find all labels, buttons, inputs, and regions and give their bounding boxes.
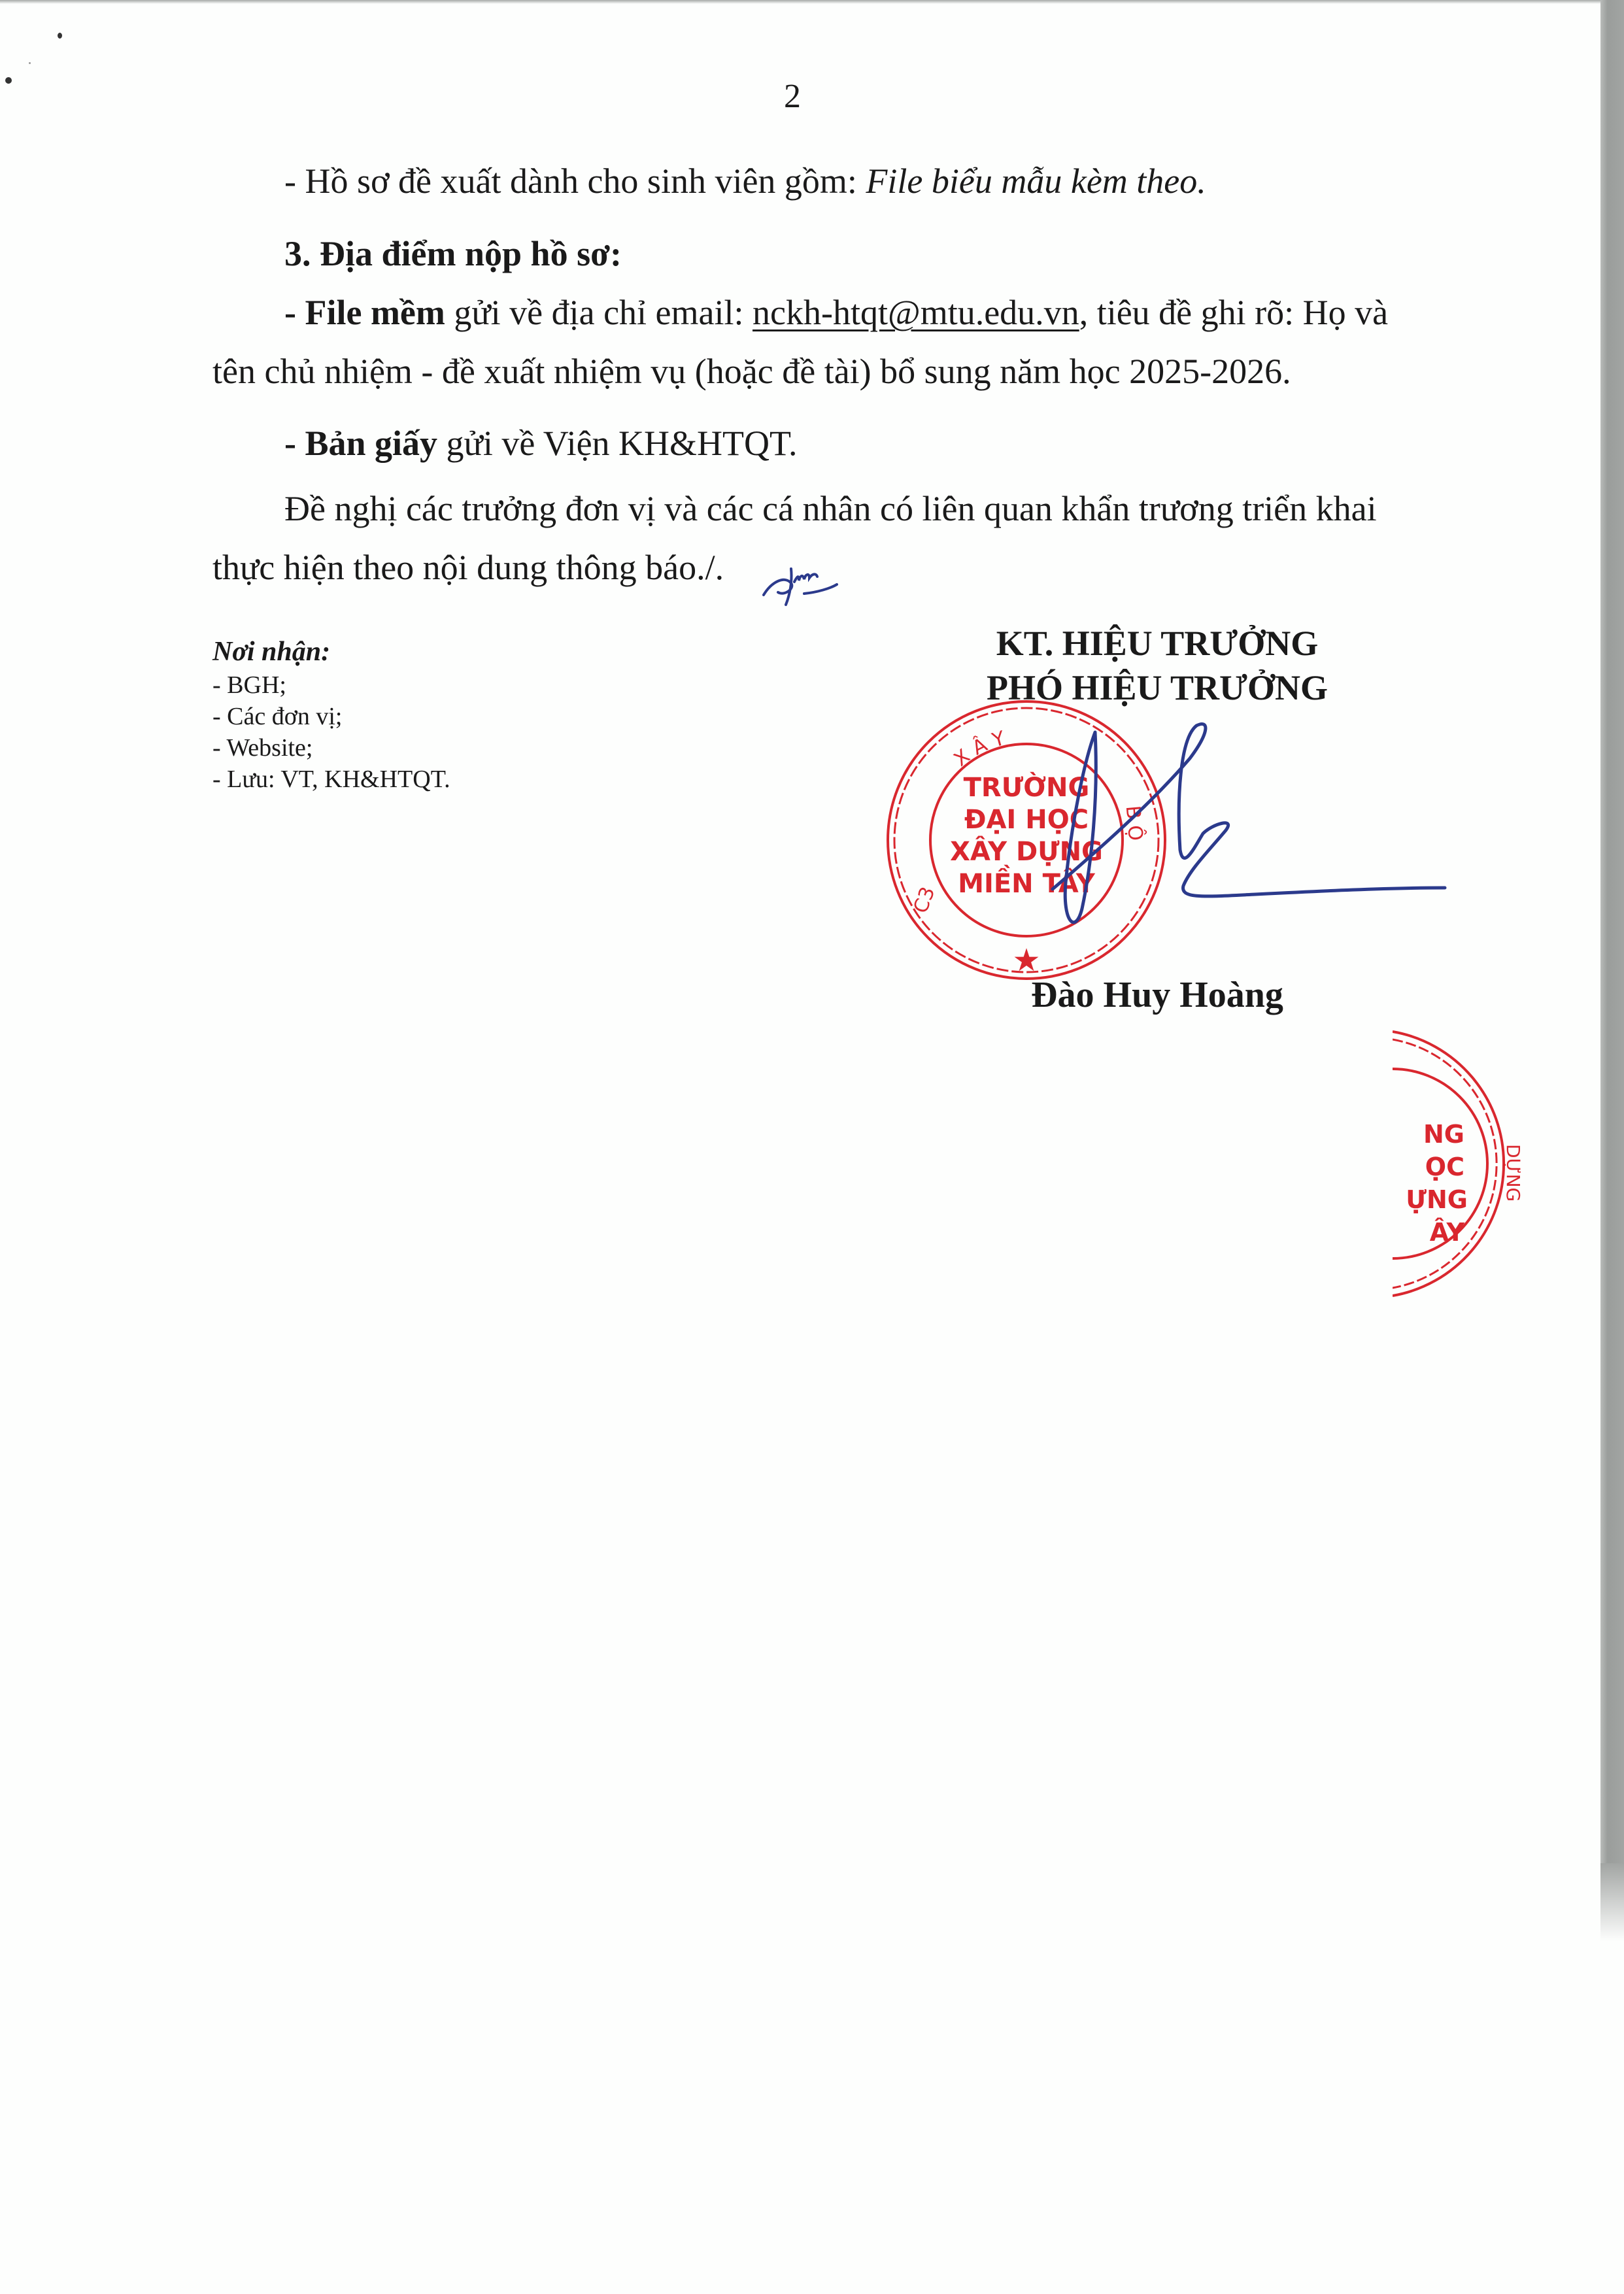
email-link[interactable]: nckh-htqt@mtu.edu.vn [753,293,1079,332]
signer-title-2: PHÓ HIỆU TRƯỞNG [928,666,1386,710]
signer-title-1: KT. HIỆU TRƯỞNG [928,621,1386,666]
svg-text:XÂY DỰNG: XÂY DỰNG [950,835,1103,867]
official-seal-icon: TRƯỜNG ĐẠI HỌC XÂY DỰNG MIỀN TÂY X Â Y C… [879,693,1174,987]
svg-text:ỰNG: ỰNG [1406,1185,1468,1214]
recipients-heading: Nơi nhận: [212,634,450,669]
hard-copy-label: - Bản giấy [284,424,437,463]
attachment-text: - Hồ sơ đề xuất dành cho sinh viên gồm: [284,161,866,201]
svg-text:★: ★ [1012,942,1040,979]
hard-copy-text: gửi về Viện KH&HTQT. [437,424,797,463]
section-heading-text: 3. Địa điểm nộp hồ sơ: [284,234,622,273]
svg-text:NG: NG [1423,1120,1464,1149]
svg-text:TRƯỜNG: TRƯỜNG [964,771,1090,803]
recipient-item: - BGH; [212,669,450,701]
soft-copy-line: - File mềm gửi về địa chỉ email: nckh-ht… [284,283,1388,342]
recipient-item: - Các đơn vị; [212,701,450,732]
signature-block: KT. HIỆU TRƯỞNG PHÓ HIỆU TRƯỞNG [928,621,1386,710]
signer-name: Đào Huy Hoàng [928,974,1386,1016]
closing-line-2: thực hiện theo nội dung thông báo./. [212,538,724,597]
scan-speck [58,33,62,39]
svg-text:ỌC: ỌC [1425,1153,1464,1181]
attachment-italic: File biểu mẫu kèm theo. [866,161,1206,201]
soft-copy-continuation: tên chủ nhiệm - đề xuất nhiệm vụ (hoặc đ… [212,342,1291,401]
recipient-item: - Website; [212,732,450,764]
scan-right-edge [1600,0,1624,1863]
svg-text:ÂY: ÂY [1430,1218,1465,1247]
section-heading: 3. Địa điểm nộp hồ sơ: [284,224,622,283]
svg-text:MIỀN TÂY: MIỀN TÂY [958,864,1096,899]
handwritten-signature-icon [1046,719,1451,954]
recipient-item: - Lưu: VT, KH&HTQT. [212,764,450,795]
overlap-seal-icon: NG ỌC ỰNG ÂY DỰNG [1393,1026,1563,1301]
svg-text:X Â Y: X Â Y [950,727,1008,771]
soft-copy-text: gửi về địa chỉ email: [445,293,753,332]
svg-text:B Ộ: B Ộ [1121,805,1149,842]
svg-text:C3: C3 [909,884,940,917]
attachment-line: - Hồ sơ đề xuất dành cho sinh viên gồm: … [284,152,1206,211]
scan-speck [29,62,31,64]
svg-text:ĐẠI HỌC: ĐẠI HỌC [964,805,1089,835]
soft-copy-text-after: , tiêu đề ghi rõ: Họ và [1079,293,1388,332]
recipients-block: Nơi nhận: - BGH; - Các đơn vị; - Website… [212,634,450,795]
closing-line-1: Đề nghị các trưởng đơn vị và các cá nhân… [284,479,1377,538]
soft-copy-label: - File mềm [284,293,445,332]
scan-top-edge [0,0,1600,4]
page-number: 2 [0,77,1624,116]
svg-text:DỰNG: DỰNG [1502,1144,1524,1202]
hard-copy-line: - Bản giấy gửi về Viện KH&HTQT. [284,414,798,473]
initials-icon [758,556,843,608]
